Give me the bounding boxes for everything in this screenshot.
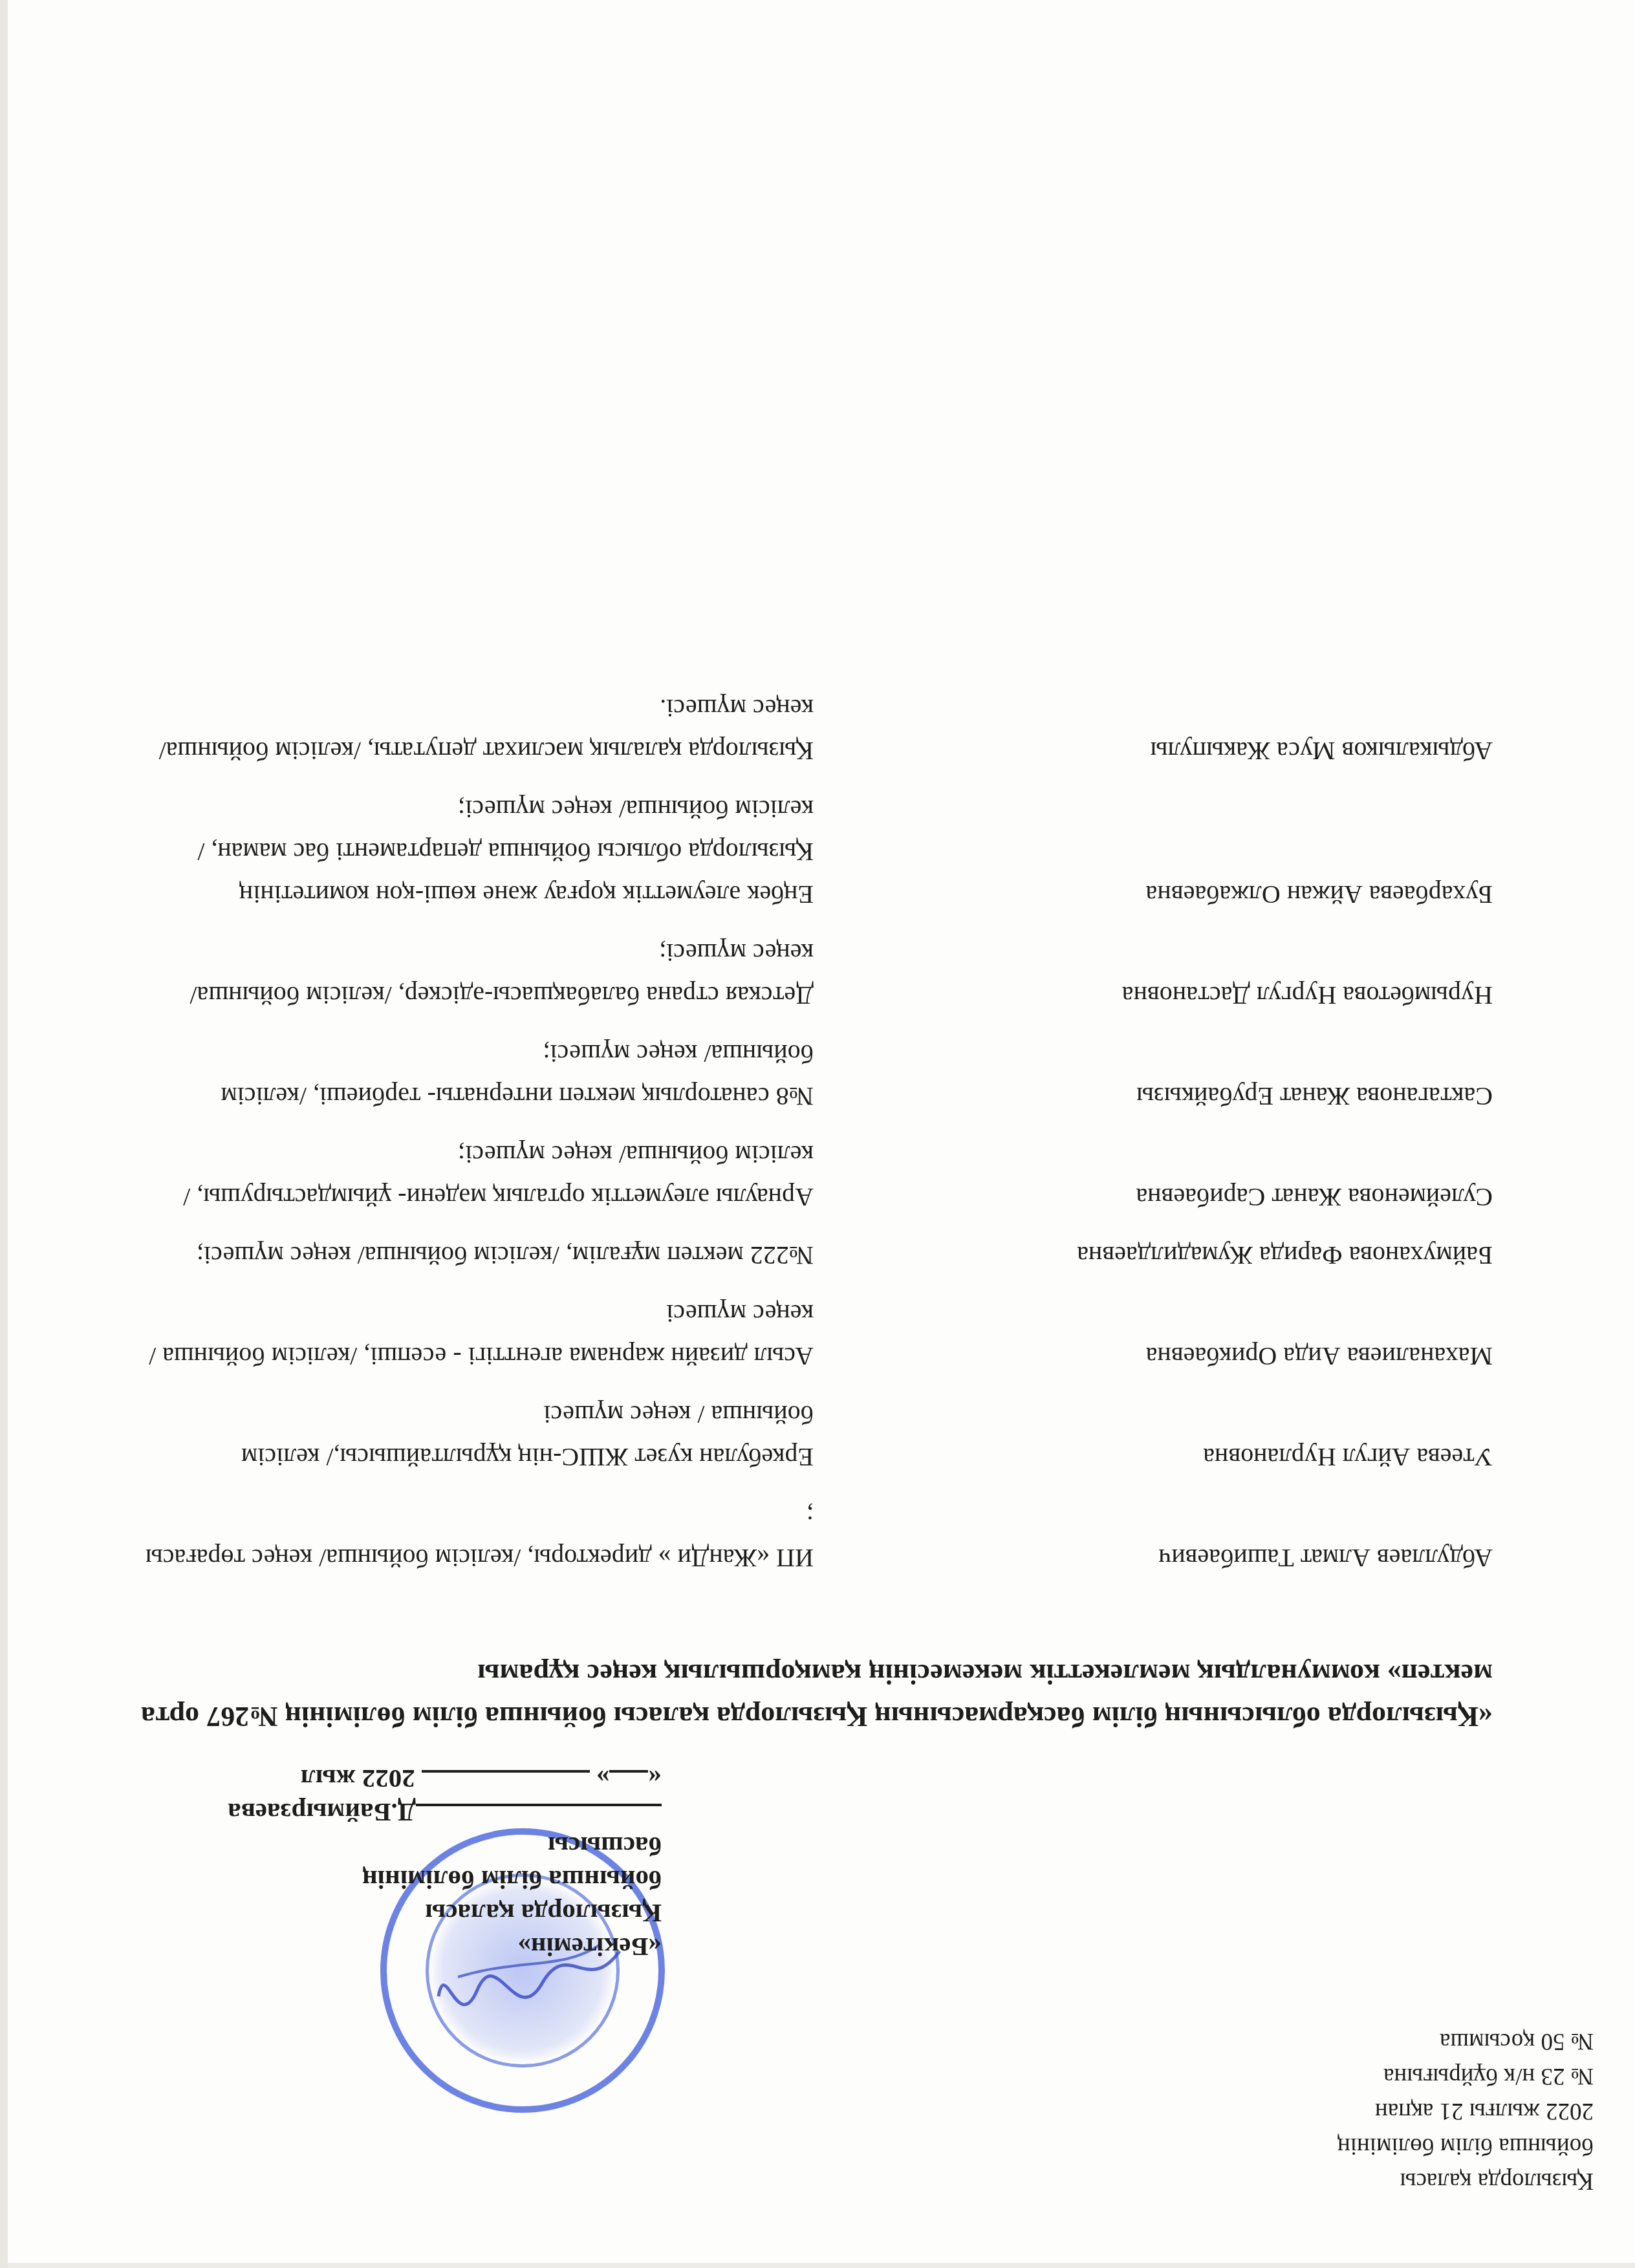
member-name: Абдыкалыков Муса Жакыпулы	[814, 687, 1493, 772]
member-name: Бухарбаева Айжан Олжабаевна	[814, 788, 1493, 916]
member-row: Бухарбаева Айжан ОлжабаевнаЕңбек әлеумет…	[141, 788, 1493, 916]
approval-org-line: Қызылорда қаласы	[228, 1897, 662, 1930]
order-line: Қызылорда қаласы	[1337, 2163, 1594, 2198]
member-row: Утеева Айгул НурлановнаЕркебулан кузет Ж…	[141, 1393, 1493, 1478]
approval-year: 2022 жыл	[301, 1764, 415, 1794]
member-row: Нурымбетова Нургул ДастановнаДетская стр…	[141, 931, 1493, 1017]
member-name: Утеева Айгул Нурлановна	[814, 1393, 1493, 1478]
member-row: Маханалиева Аида ОрикбаевнаАсыл дизайн ж…	[141, 1292, 1493, 1377]
day-blank	[610, 1770, 649, 1773]
scan-edge-top	[0, 2263, 1635, 2268]
date-close-quote: »	[596, 1764, 610, 1794]
member-name: Нурымбетова Нургул Дастановна	[814, 931, 1493, 1017]
member-name: Баймуханова Фарида Жумадилдаевна	[814, 1234, 1493, 1277]
approval-org-line: бойынша білім бөлімінің	[228, 1863, 662, 1897]
signatory-name: Д.Баймырзаева	[228, 1798, 416, 1828]
signature-line	[416, 1804, 662, 1806]
member-name: Сактаганова Жанат Ерубайкызы	[814, 1032, 1493, 1118]
scan-edge-right	[0, 0, 8, 2268]
member-role: Асыл дизайн жарнама агенттігі - есепші, …	[141, 1292, 814, 1377]
approval-heading: «Бекітемін»	[228, 1930, 662, 1964]
order-line: № 23 н/к бұйрығына	[1337, 2058, 1594, 2093]
order-reference: Қызылорда қаласы бойынша білім бөлімінің…	[1337, 2024, 1594, 2198]
approval-block: «Бекітемін» Қызылорда қаласы бойынша біл…	[228, 1762, 662, 1964]
member-role: Арнаулы әлеуметтік орталық мәдени- ұйымд…	[141, 1133, 814, 1218]
member-role: Қызылорда қалалық мәслихат депутаты, /ке…	[141, 687, 814, 772]
signatory-line: Д.Баймырзаева	[228, 1796, 662, 1830]
order-line: № 50 қосымша	[1337, 2024, 1594, 2058]
council-members-list: Абдуллаев Алмат ТашибаевичИП «ЖанДи » ди…	[141, 671, 1493, 1579]
document-title: «Қызылорда облысының білім басқармасының…	[141, 1652, 1493, 1738]
member-role: №8 санаторлық мектеп интернаты- тәрбиеші…	[141, 1032, 814, 1118]
member-row: Абдыкалыков Муса ЖакыпулыҚызылорда қалал…	[141, 687, 1493, 772]
member-role: Еркебулан кузет ЖШС-нің құрылтайшысы,/ к…	[141, 1393, 814, 1478]
order-line: 2022 жылғы 21 ақпан	[1337, 2093, 1594, 2128]
document-page: Қызылорда қаласы бойынша білім бөлімінің…	[0, 0, 1635, 2268]
order-line: бойынша білім бөлімінің	[1337, 2128, 1594, 2163]
member-role: №222 мектеп мұғалім, /келісім бойынша/ к…	[141, 1234, 814, 1277]
approval-position: басшысы	[228, 1830, 662, 1863]
member-role: Еңбек әлеуметтік қорғау және көші-қон ко…	[141, 788, 814, 916]
member-role: ИП «ЖанДи » директоры, /келісім бойынша/…	[141, 1494, 814, 1579]
member-row: Абдуллаев Алмат ТашибаевичИП «ЖанДи » ди…	[141, 1494, 1493, 1579]
date-open-quote: «	[649, 1764, 662, 1794]
member-row: Сактаганова Жанат Ерубайкызы№8 санаторлы…	[141, 1032, 1493, 1118]
month-blank	[422, 1770, 590, 1773]
member-row: Баймуханова Фарида Жумадилдаевна№222 мек…	[141, 1234, 1493, 1277]
member-name: Маханалиева Аида Орикбаевна	[814, 1292, 1493, 1377]
member-role: Детская страна балабақшасы-әдіскер, /кел…	[141, 931, 814, 1017]
member-name: Сулейменова Жанат Сарибаевна	[814, 1133, 1493, 1218]
approval-date: «» 2022 жыл	[228, 1762, 662, 1796]
member-name: Абдуллаев Алмат Ташибаевич	[814, 1494, 1493, 1579]
member-row: Сулейменова Жанат СарибаевнаАрнаулы әлеу…	[141, 1133, 1493, 1218]
